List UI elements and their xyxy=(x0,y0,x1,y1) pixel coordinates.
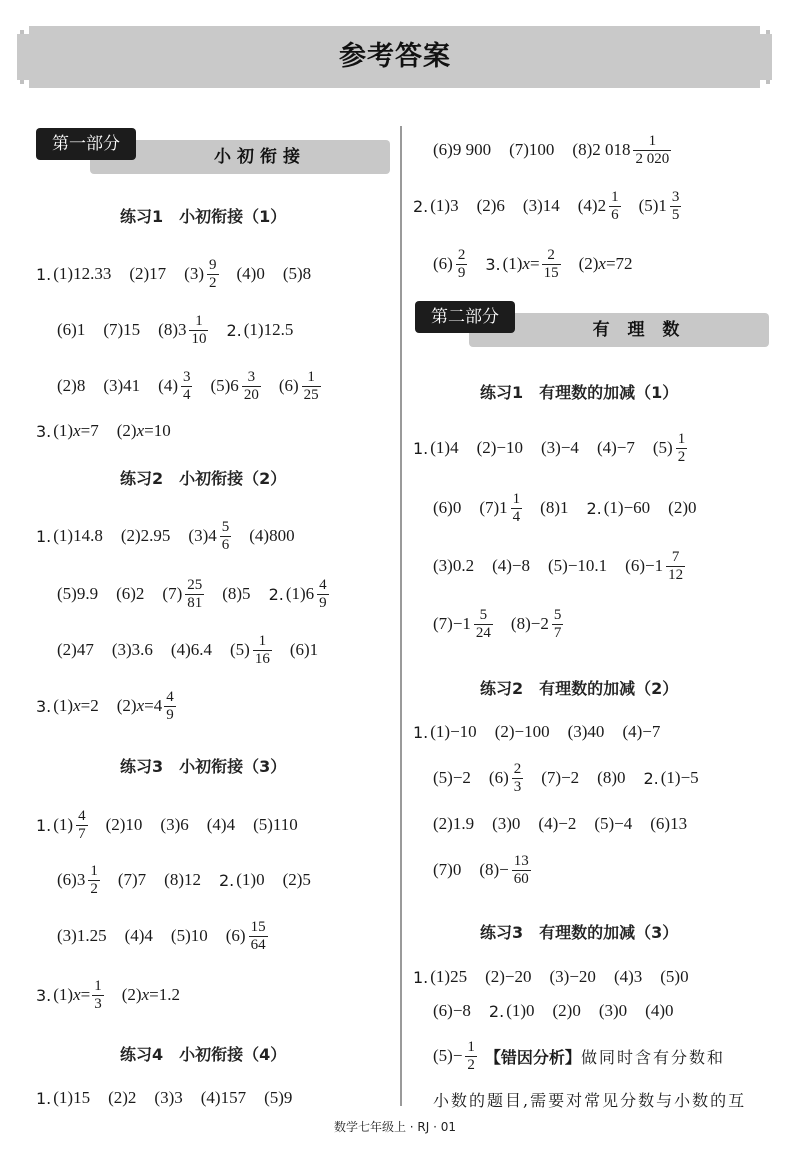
question-number: 2. xyxy=(586,499,601,518)
question-number: 2. xyxy=(269,585,284,604)
answer-item: (6)−1712 xyxy=(625,549,685,584)
answer-line: (6)0 (7)114 (8)1 2. (1)−60 (2)0 xyxy=(433,488,697,528)
answer-item: (2)2.95 xyxy=(121,526,171,546)
error-analysis-text: 做同时含有分数和 xyxy=(581,1045,725,1068)
answer-item: (4)−8 xyxy=(492,556,530,576)
fraction: 2581 xyxy=(185,577,204,612)
error-analysis-label: 【错因分析】 xyxy=(485,1045,581,1068)
answer-item: (7)7 xyxy=(118,870,146,890)
answer-item: (5)6320 xyxy=(210,369,260,404)
answer-item: (1)4 xyxy=(430,438,458,458)
answer-item: (6)29 xyxy=(433,247,467,282)
answer-item: (5)135 xyxy=(639,189,682,224)
answer-line: (6)1 (7)15 (8)3110 2. (1)12.5 xyxy=(57,310,293,350)
answer-item: (4)6.4 xyxy=(171,640,212,660)
answer-item: (2)47 xyxy=(57,640,94,660)
answer-item: (3)3 xyxy=(154,1088,182,1108)
answer-item: (5)−4 xyxy=(594,814,632,834)
answer-item: (2)−100 xyxy=(495,722,550,742)
answer-line: 1. (1)14.8 (2)2.95 (3)456 (4)800 xyxy=(36,516,295,556)
question-number: 2. xyxy=(219,871,234,890)
answer-item: (3)6 xyxy=(160,815,188,835)
answer-item: (5)9.9 xyxy=(57,584,98,604)
question-number: 1. xyxy=(36,527,51,546)
answer-line: (7)−1524 (8)−257 xyxy=(433,604,563,644)
fraction: 34 xyxy=(181,369,193,404)
answer-line: (5)−12 【错因分析】 做同时含有分数和 xyxy=(433,1036,725,1076)
answer-item: (4)34 xyxy=(158,369,192,404)
answer-item: (1)x=13 xyxy=(53,978,103,1013)
answer-item: (1)3 xyxy=(430,196,458,216)
answer-item: (3)0.2 xyxy=(433,556,474,576)
answer-item: (2)10 xyxy=(106,815,143,835)
part-tab: 第一部分 xyxy=(36,128,136,160)
question-number: 1. xyxy=(413,723,428,742)
answer-item: (6)1 xyxy=(57,320,85,340)
answer-item: (2)0 xyxy=(553,1001,581,1021)
answer-item: (6)1 xyxy=(290,640,318,660)
question-number: 2. xyxy=(413,197,428,216)
answer-item: (6)−8 xyxy=(433,1001,471,1021)
answer-item: (2)8 xyxy=(57,376,85,396)
answer-item: (5)9 xyxy=(264,1088,292,1108)
answer-item: (4)0 xyxy=(645,1001,673,1021)
answer-item: (4)3 xyxy=(614,967,642,987)
fraction: 12 xyxy=(676,431,688,466)
answer-item: (8)−257 xyxy=(511,607,563,642)
part-tab: 第二部分 xyxy=(415,301,515,333)
answer-line: 小数的题目,需要对常见分数与小数的互 xyxy=(433,1079,746,1119)
answer-line: (2)47 (3)3.6 (4)6.4 (5)116 (6)1 xyxy=(57,630,318,670)
answer-line: (6)9 900 (7)100 (8)2 01812 020 xyxy=(433,130,671,170)
answer-item: (4)−7 xyxy=(622,722,660,742)
answer-item: (3)1.25 xyxy=(57,926,107,946)
answer-item: (2)17 xyxy=(129,264,166,284)
answer-item: (2)x=1.2 xyxy=(122,985,180,1005)
answer-item: (7)114 xyxy=(479,491,522,526)
answer-item: (6)1564 xyxy=(226,919,268,954)
answer-line: (2)1.9 (3)0 (4)−2 (5)−4 (6)13 xyxy=(433,804,687,844)
answer-item: (6)23 xyxy=(489,761,523,796)
answer-line: (2)8 (3)41 (4)34 (5)6320 (6)125 xyxy=(57,366,321,406)
answer-item: (2)5 xyxy=(283,870,311,890)
answer-line: 1. (1)47 (2)10 (3)6 (4)4 (5)110 xyxy=(36,805,298,845)
answer-line: (7)0 (8)−1360 xyxy=(433,850,531,890)
fraction: 110 xyxy=(189,313,208,348)
answer-item: (4)4 xyxy=(207,815,235,835)
answer-item: (8)2 01812 020 xyxy=(572,133,671,168)
answer-item: (2)2 xyxy=(108,1088,136,1108)
answer-item: (5)0 xyxy=(660,967,688,987)
answer-line: (5)−2 (6)23 (7)−2 (8)0 2. (1)−5 xyxy=(433,758,699,798)
answer-line: 1. (1)15 (2)2 (3)3 (4)157 (5)9 xyxy=(36,1078,292,1118)
answer-line: 1. (1)12.33 (2)17 (3)92 (4)0 (5)8 xyxy=(36,254,311,294)
answer-line: 3. (1)x=7 (2)x=10 xyxy=(36,411,171,451)
exercise-title: 练习4 小初衔接（4） xyxy=(120,1042,286,1065)
answer-line: (5)9.9 (6)2 (7)2581 (8)5 2. (1)649 xyxy=(57,574,329,614)
answer-item: (7)100 xyxy=(509,140,554,160)
answer-item: (1)0 xyxy=(506,1001,534,1021)
answer-item: (8)−1360 xyxy=(479,853,530,888)
fraction: 12 xyxy=(88,863,100,898)
fraction: 12 xyxy=(465,1039,477,1074)
answer-item: (8)12 xyxy=(164,870,201,890)
fraction: 320 xyxy=(242,369,261,404)
exercise-title: 练习1 有理数的加减（1） xyxy=(480,380,678,403)
fraction: 23 xyxy=(512,761,524,796)
answer-item: (4)800 xyxy=(249,526,294,546)
answer-item: (2)1.9 xyxy=(433,814,474,834)
answer-item: (5)110 xyxy=(253,815,298,835)
question-number: 1. xyxy=(413,968,428,987)
question-number: 3. xyxy=(36,986,51,1005)
answer-item: (6)312 xyxy=(57,863,100,898)
exercise-title: 练习3 有理数的加减（3） xyxy=(480,920,678,943)
answer-line: 2. (1)3 (2)6 (3)14 (4)216 (5)135 xyxy=(413,186,681,226)
part-header-2: 第二部分 有 理 数 xyxy=(415,301,769,347)
answer-item: (4)−2 xyxy=(538,814,576,834)
answer-item: (3)−4 xyxy=(541,438,579,458)
answer-item: (3)456 xyxy=(188,519,231,554)
question-number: 2. xyxy=(644,769,659,788)
answer-item: (8)0 xyxy=(597,768,625,788)
answer-item: (6)2 xyxy=(116,584,144,604)
answer-item: (7)0 xyxy=(433,860,461,880)
answer-item: (1)14.8 xyxy=(53,526,103,546)
answer-item: (1)−10 xyxy=(430,722,476,742)
answer-item: (4)4 xyxy=(125,926,153,946)
answer-line: (6)29 3. (1)x=215 (2)x=72 xyxy=(433,244,633,284)
fraction: 1564 xyxy=(249,919,268,954)
answer-item: (7)−1524 xyxy=(433,607,493,642)
answer-line: (6)−8 2. (1)0 (2)0 (3)0 (4)0 xyxy=(433,991,674,1031)
answer-item: (7)15 xyxy=(103,320,140,340)
answer-item: (1)15 xyxy=(53,1088,90,1108)
fraction: 125 xyxy=(302,369,321,404)
question-number: 2. xyxy=(489,1002,504,1021)
answer-item: (2)0 xyxy=(668,498,696,518)
answer-item: (1)649 xyxy=(286,577,329,612)
answer-item: (4)216 xyxy=(578,189,621,224)
answer-item: (3)40 xyxy=(568,722,605,742)
answer-item: (1)12.33 xyxy=(53,264,111,284)
question-number: 2. xyxy=(226,321,241,340)
answer-item: (3)3.6 xyxy=(112,640,153,660)
question-number: 1. xyxy=(36,265,51,284)
fraction: 56 xyxy=(220,519,232,554)
fraction: 524 xyxy=(474,607,493,642)
answer-item: (2)x=72 xyxy=(579,254,633,274)
column-divider xyxy=(400,126,402,1106)
answer-item: (7)2581 xyxy=(162,577,204,612)
fraction: 16 xyxy=(609,189,621,224)
answer-line: 3. (1)x=2 (2)x=449 xyxy=(36,686,176,726)
answer-item: (3)92 xyxy=(184,257,218,292)
exercise-title: 练习2 小初衔接（2） xyxy=(120,466,286,489)
answer-item: (8)1 xyxy=(540,498,568,518)
fraction: 29 xyxy=(456,247,468,282)
fraction: 14 xyxy=(511,491,523,526)
answer-line: (3)0.2 (4)−8 (5)−10.1 (6)−1712 xyxy=(433,546,685,586)
answer-item: (3)41 xyxy=(103,376,140,396)
answer-item: (2)x=449 xyxy=(117,689,176,724)
answer-line: (3)1.25 (4)4 (5)10 (6)1564 xyxy=(57,916,268,956)
answer-item: (1)x=7 xyxy=(53,421,98,441)
answer-item: (2)−10 xyxy=(477,438,523,458)
exercise-title: 练习1 小初衔接（1） xyxy=(120,204,286,227)
answer-item: (8)5 xyxy=(222,584,250,604)
answer-item: (1)−5 xyxy=(661,768,699,788)
fraction: 13 xyxy=(92,978,104,1013)
answer-item: (1)x=215 xyxy=(503,247,561,282)
answer-item: (5)−2 xyxy=(433,768,471,788)
answer-item: (3)0 xyxy=(492,814,520,834)
answer-item: (6)13 xyxy=(650,814,687,834)
answer-item: (1)12.5 xyxy=(244,320,294,340)
answer-item: (5)−12 xyxy=(433,1039,477,1074)
fraction: 712 xyxy=(666,549,685,584)
part-header-1: 第一部分 小初衔接 xyxy=(36,128,390,174)
question-number: 3. xyxy=(36,422,51,441)
answer-line: 1. (1)−10 (2)−100 (3)40 (4)−7 xyxy=(413,712,660,752)
question-number: 1. xyxy=(36,1089,51,1108)
answer-item: (5)10 xyxy=(171,926,208,946)
fraction: 12 020 xyxy=(633,133,671,168)
answer-item: (2)6 xyxy=(477,196,505,216)
answer-item: (1)0 xyxy=(236,870,264,890)
fraction: 116 xyxy=(253,633,272,668)
question-number: 1. xyxy=(36,816,51,835)
fraction: 49 xyxy=(317,577,329,612)
answer-item: (4)−7 xyxy=(597,438,635,458)
fraction: 47 xyxy=(76,808,88,843)
answer-item: (6)125 xyxy=(279,369,321,404)
page-title: 参考答案 xyxy=(0,26,790,88)
answer-item: (1)x=2 xyxy=(53,696,98,716)
answer-item: (1)25 xyxy=(430,967,467,987)
answer-line: 3. (1)x=13 (2)x=1.2 xyxy=(36,975,180,1015)
page-footer: 数学七年级上 · RJ · 01 xyxy=(0,1118,790,1135)
answer-item: (6)0 xyxy=(433,498,461,518)
fraction: 49 xyxy=(164,689,176,724)
answer-item: (3)−20 xyxy=(550,967,596,987)
answer-line: 1. (1)4 (2)−10 (3)−4 (4)−7 (5)12 xyxy=(413,428,687,468)
answer-item: (3)14 xyxy=(523,196,560,216)
answer-item: (5)8 xyxy=(283,264,311,284)
question-number: 3. xyxy=(36,697,51,716)
answer-item: (1)−60 xyxy=(604,498,650,518)
answer-item: (4)157 xyxy=(201,1088,246,1108)
answer-item: (2)−20 xyxy=(485,967,531,987)
question-number: 3. xyxy=(485,255,500,274)
answer-item: (5)−10.1 xyxy=(548,556,607,576)
fraction: 35 xyxy=(670,189,682,224)
answer-item: (6)9 900 xyxy=(433,140,491,160)
exercise-title: 练习3 小初衔接（3） xyxy=(120,754,286,777)
answer-item: (4)0 xyxy=(237,264,265,284)
answer-item: (7)−2 xyxy=(541,768,579,788)
fraction: 1360 xyxy=(512,853,531,888)
question-number: 1. xyxy=(413,439,428,458)
answer-item: (8)3110 xyxy=(158,313,208,348)
answer-item: (2)x=10 xyxy=(117,421,171,441)
answer-item: (5)116 xyxy=(230,633,272,668)
answer-line: (6)312 (7)7 (8)12 2. (1)0 (2)5 xyxy=(57,860,311,900)
fraction: 215 xyxy=(542,247,561,282)
answer-item: (5)12 xyxy=(653,431,687,466)
fraction: 92 xyxy=(207,257,219,292)
exercise-title: 练习2 有理数的加减（2） xyxy=(480,676,678,699)
answer-item: (1)47 xyxy=(53,808,87,843)
answer-item: (3)0 xyxy=(599,1001,627,1021)
error-analysis-text: 小数的题目,需要对常见分数与小数的互 xyxy=(433,1088,746,1111)
fraction: 57 xyxy=(552,607,564,642)
